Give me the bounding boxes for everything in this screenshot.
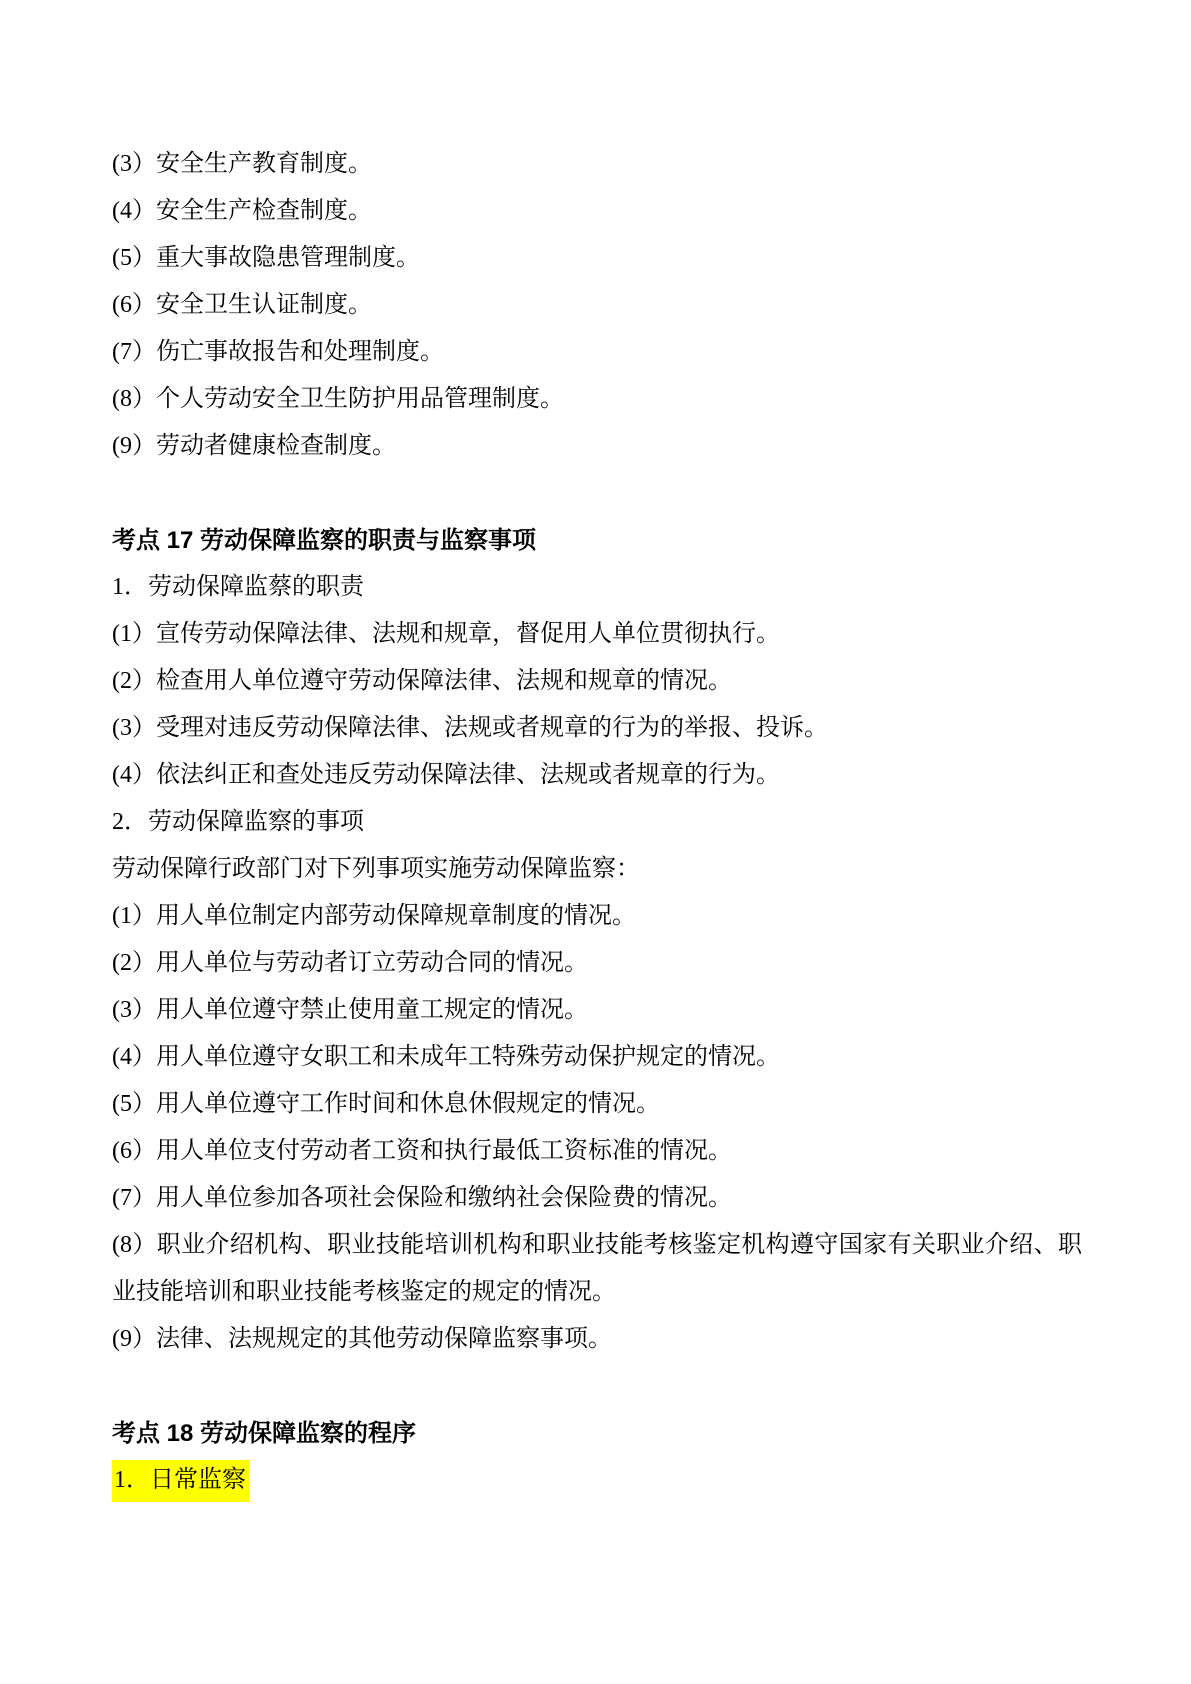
paragraph: 劳动保障行政部门对下列事项实施劳动保障监察：	[112, 846, 1082, 893]
highlighted-line: 1．日常监察	[112, 1457, 1082, 1504]
paragraph: (5）重大事故隐患管理制度。	[112, 235, 1082, 282]
paragraph: 1．劳动保障监蔡的职责	[112, 564, 1082, 611]
paragraph: (4）依法纠正和查处违反劳动保障法律、法规或者规章的行为。	[112, 752, 1082, 799]
blank-line	[112, 1363, 1082, 1410]
section-heading: 考点 17 劳动保障监察的职责与监察事项	[112, 517, 1082, 564]
paragraph: (7）用人单位参加各项社会保险和缴纳社会保险费的情况。	[112, 1175, 1082, 1222]
section-heading: 考点 18 劳动保障监察的程序	[112, 1410, 1082, 1457]
paragraph: (5）用人单位遵守工作时间和休息休假规定的情况。	[112, 1081, 1082, 1128]
paragraph: (4）安全生产检查制度。	[112, 188, 1082, 235]
paragraph: (6）安全卫生认证制度。	[112, 282, 1082, 329]
paragraph: (1）宣传劳动保障法律、法规和规章，督促用人单位贯彻执行。	[112, 611, 1082, 658]
paragraph: (3）安全生产教育制度。	[112, 141, 1082, 188]
paragraph: (9）劳动者健康检查制度。	[112, 423, 1082, 470]
paragraph: (7）伤亡事故报告和处理制度。	[112, 329, 1082, 376]
document-content: (3）安全生产教育制度。(4）安全生产检查制度。(5）重大事故隐患管理制度。(6…	[112, 141, 1082, 1504]
paragraph: (9）法律、法规规定的其他劳动保障监察事项。	[112, 1316, 1082, 1363]
blank-line	[112, 470, 1082, 517]
paragraph: (2）用人单位与劳动者订立劳动合同的情况。	[112, 940, 1082, 987]
highlighted-text: 1．日常监察	[112, 1460, 250, 1502]
paragraph: (8）职业介绍机构、职业技能培训机构和职业技能考核鉴定机构遵守国家有关职业介绍、…	[112, 1222, 1082, 1316]
paragraph: (1）用人单位制定内部劳动保障规章制度的情况。	[112, 893, 1082, 940]
paragraph: (3）用人单位遵守禁止使用童工规定的情况。	[112, 987, 1082, 1034]
paragraph: (6）用人单位支付劳动者工资和执行最低工资标准的情况。	[112, 1128, 1082, 1175]
paragraph: 2．劳动保障监察的事项	[112, 799, 1082, 846]
paragraph: (8）个人劳动安全卫生防护用品管理制度。	[112, 376, 1082, 423]
paragraph: (2）检查用人单位遵守劳动保障法律、法规和规章的情况。	[112, 658, 1082, 705]
document-page: (3）安全生产教育制度。(4）安全生产检查制度。(5）重大事故隐患管理制度。(6…	[0, 0, 1191, 1684]
paragraph: (4）用人单位遵守女职工和未成年工特殊劳动保护规定的情况。	[112, 1034, 1082, 1081]
paragraph: (3）受理对违反劳动保障法律、法规或者规章的行为的举报、投诉。	[112, 705, 1082, 752]
